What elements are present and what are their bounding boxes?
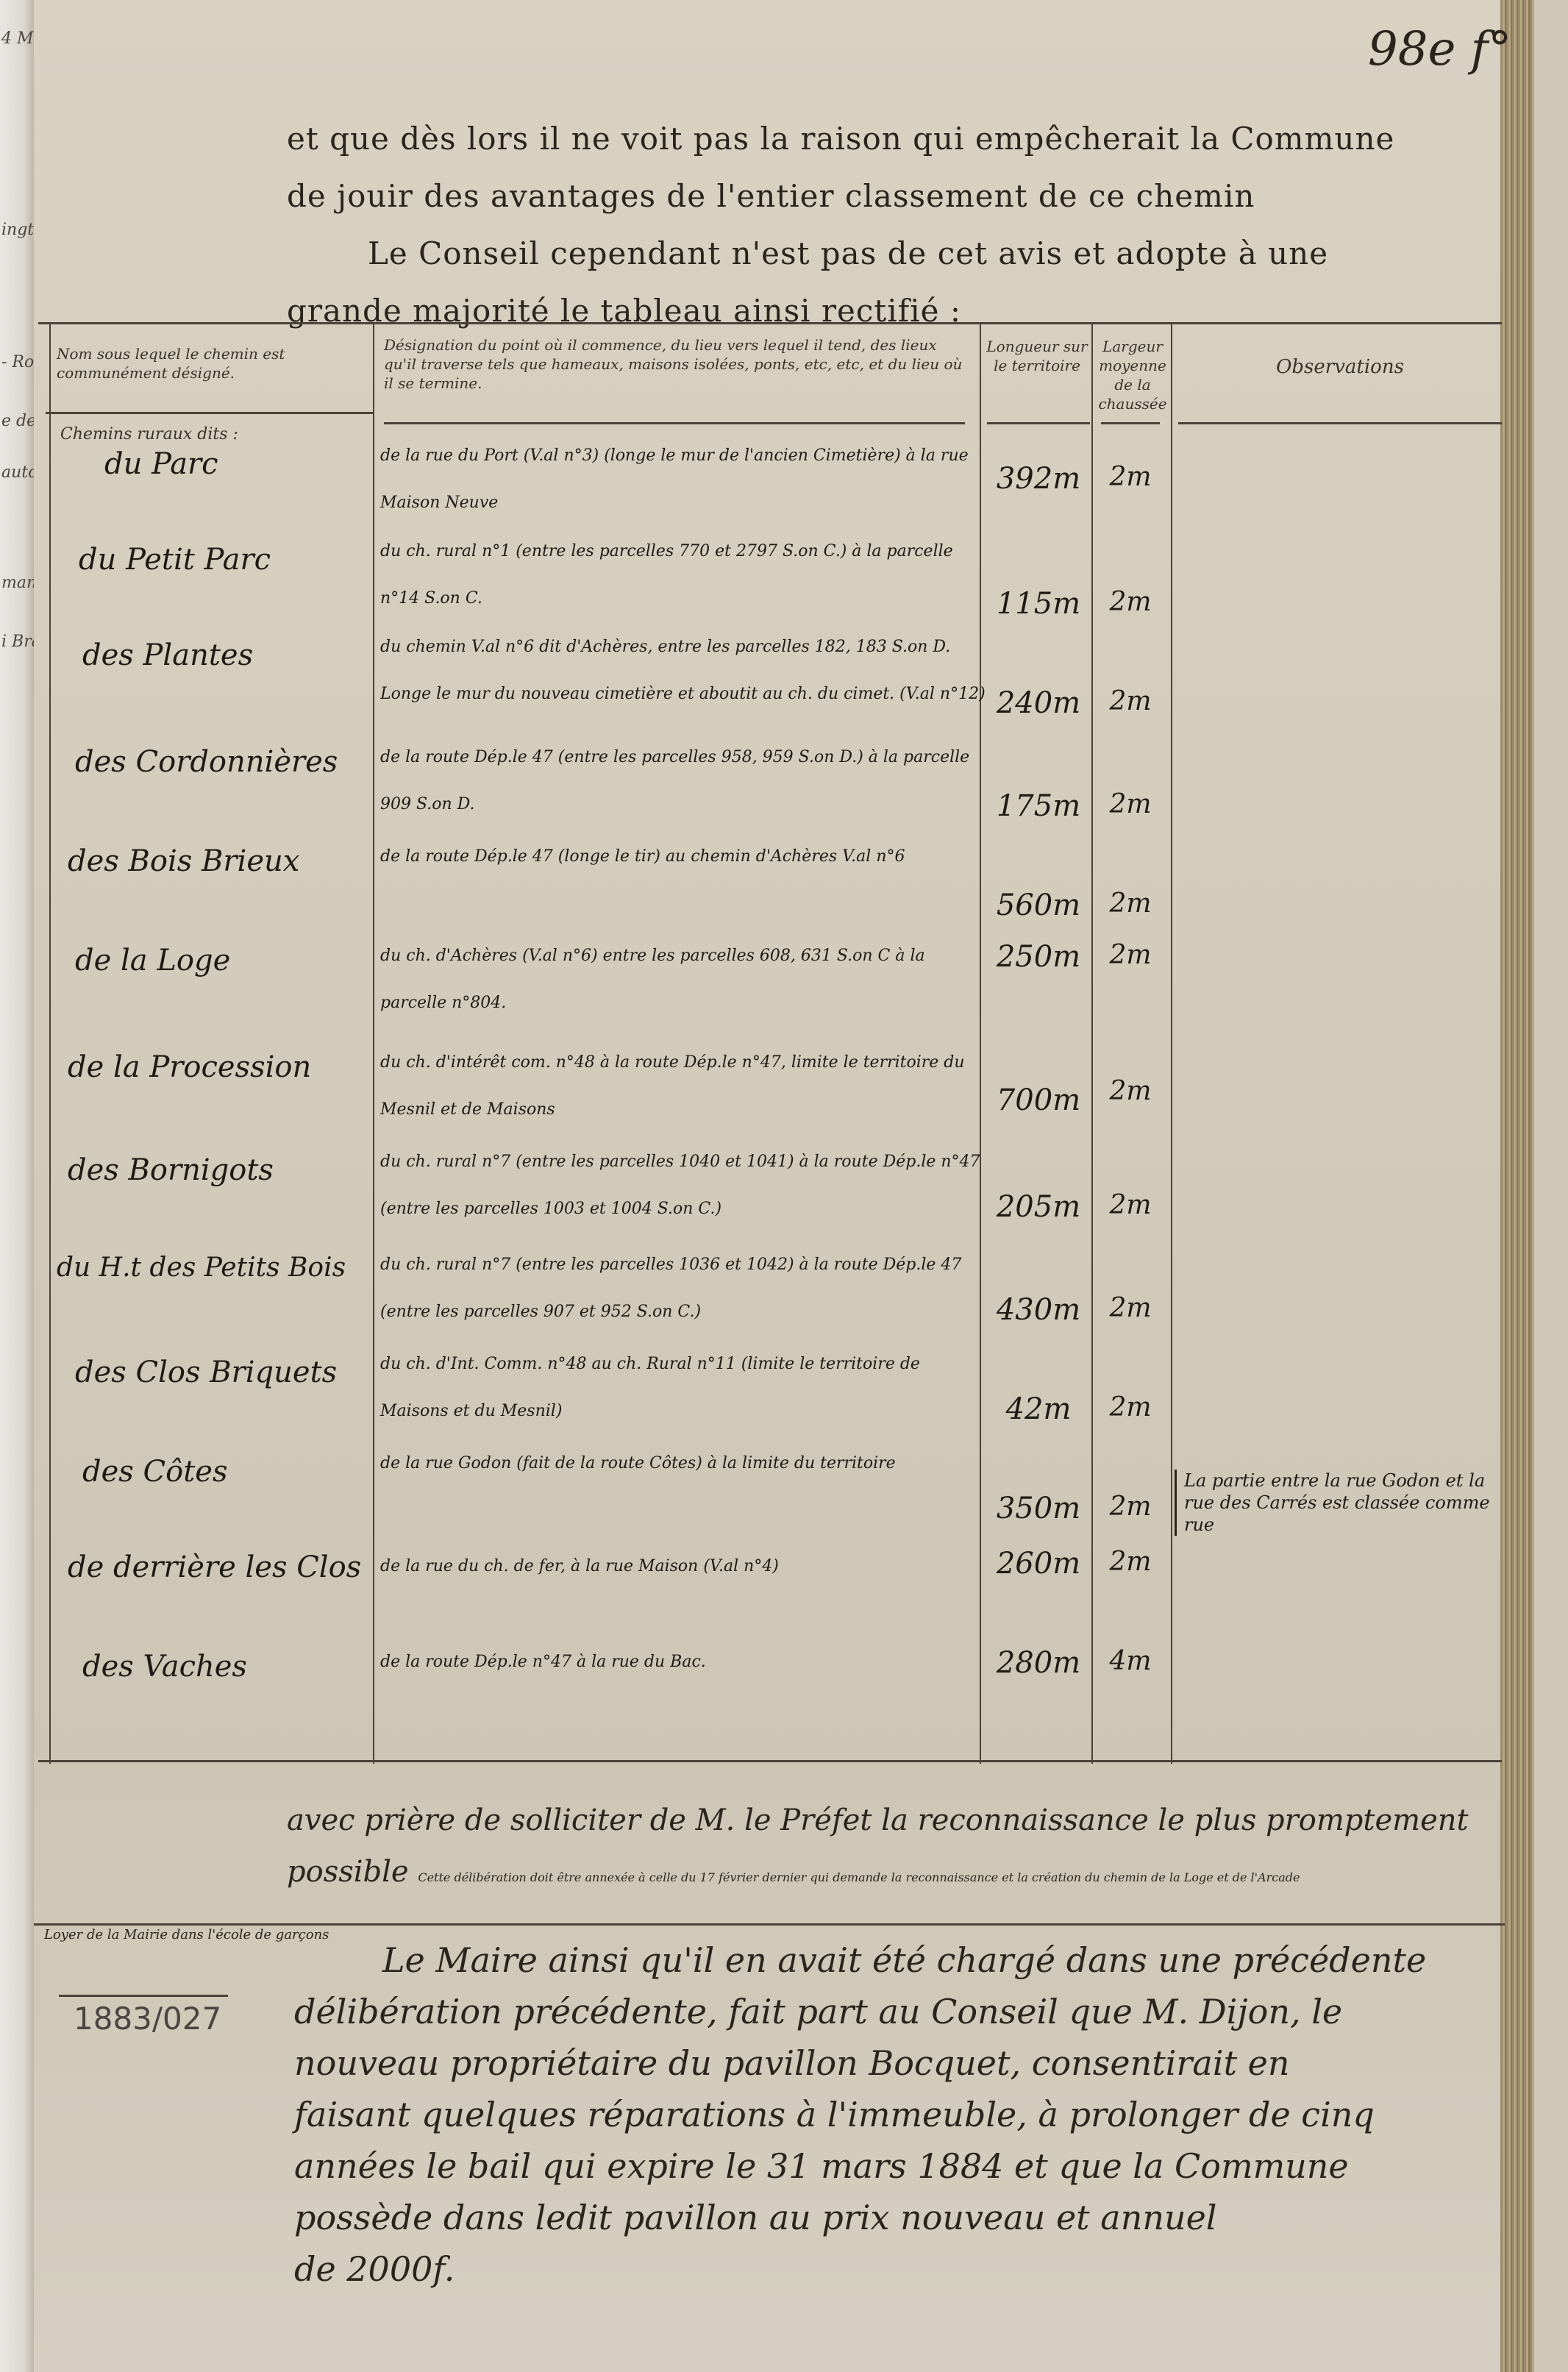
facing-page-mark: auto bbox=[1, 463, 34, 482]
deliberation-line: faisant quelques réparations à l'immeubl… bbox=[294, 2089, 1508, 2140]
road-name: du H.t des Petits Bois bbox=[57, 1253, 346, 1283]
deliberation-line: années le bail qui expire le 31 mars 188… bbox=[294, 2140, 1508, 2192]
intro-line: Le Conseil cependant n'est pas de cet av… bbox=[287, 225, 1493, 282]
road-name: de derrière les Clos bbox=[68, 1550, 361, 1584]
road-length: 280m bbox=[987, 1646, 1090, 1680]
table-bottom-rule bbox=[38, 1760, 1502, 1762]
road-width: 2m bbox=[1090, 1190, 1171, 1220]
road-designation: du ch. rural n°7 (entre les parcelles 10… bbox=[380, 1242, 991, 1336]
road-width: 2m bbox=[1090, 1547, 1171, 1577]
header-rule bbox=[1178, 422, 1502, 424]
section-divider bbox=[34, 1923, 1505, 1926]
table-row: de la Procession du ch. d'intérêt com. n… bbox=[38, 1039, 1502, 1135]
road-name: des Cordonnières bbox=[75, 745, 338, 779]
intro-line: et que dès lors il ne voit pas la raison… bbox=[287, 110, 1493, 168]
closing-line: avec prière de solliciter de M. le Préfe… bbox=[287, 1795, 1500, 1846]
facing-page-mark: i Bra bbox=[1, 633, 34, 651]
road-length: 260m bbox=[987, 1547, 1090, 1581]
header-rule bbox=[1101, 422, 1160, 424]
table-row: du Petit Parc du ch. rural n°1 (entre le… bbox=[38, 528, 1502, 624]
road-designation: de la route Dép.le 47 (longe le tir) au … bbox=[380, 833, 991, 880]
facing-page-edge: 4 Mp ingt - Ro e de auto mame i Bra bbox=[0, 0, 34, 2372]
table-row: des Clos Briquets du ch. d'Int. Comm. n°… bbox=[38, 1341, 1502, 1440]
road-designation: du ch. d'Int. Comm. n°48 au ch. Rural n°… bbox=[380, 1341, 991, 1435]
closing-paragraph: avec prière de solliciter de M. le Préfe… bbox=[287, 1795, 1500, 1903]
road-width: 2m bbox=[1090, 1392, 1171, 1422]
deliberation-line: Le Maire ainsi qu'il en avait été chargé… bbox=[294, 1934, 1508, 1986]
facing-page-mark: - Ro bbox=[1, 353, 34, 371]
table-top-rule bbox=[38, 322, 1502, 324]
closing-line: possible Cette délibération doit être an… bbox=[287, 1846, 1500, 1903]
facing-page-mark: e de bbox=[1, 412, 34, 430]
header-designation: Désignation du point où il commence, du … bbox=[384, 335, 972, 393]
header-rule bbox=[987, 422, 1090, 424]
road-width: 4m bbox=[1090, 1646, 1171, 1676]
deliberation-line: possède dans ledit pavillon au prix nouv… bbox=[294, 2192, 1508, 2243]
table-row: des Bornigots du ch. rural n°7 (entre le… bbox=[38, 1139, 1502, 1242]
road-length: 115m bbox=[987, 587, 1090, 621]
table-row: des Plantes du chemin V.al n°6 dit d'Ach… bbox=[38, 624, 1502, 727]
road-designation: de la rue du Port (V.al n°3) (longe le m… bbox=[380, 432, 991, 527]
deliberation-line: de 2000f. bbox=[294, 2243, 1508, 2295]
road-length: 700m bbox=[987, 1083, 1090, 1117]
road-observation: La partie entre la rue Godon et la rue d… bbox=[1175, 1470, 1493, 1536]
road-name: des Bornigots bbox=[68, 1153, 274, 1187]
table-row: de derrière les Clos de la rue du ch. de… bbox=[38, 1543, 1502, 1631]
table-row: du Parc de la rue du Port (V.al n°3) (lo… bbox=[38, 432, 1502, 521]
road-length: 350m bbox=[987, 1492, 1090, 1525]
table-row: des Côtes de la rue Godon (fait de la ro… bbox=[38, 1440, 1502, 1539]
road-designation: du ch. rural n°1 (entre les parcelles 77… bbox=[380, 528, 991, 622]
deliberation-line: nouveau propriétaire du pavillon Bocquet… bbox=[294, 2037, 1508, 2089]
folio-number: 98e f° bbox=[1368, 22, 1511, 76]
road-designation: du chemin V.al n°6 dit d'Achères, entre … bbox=[380, 624, 991, 718]
road-designation: du ch. rural n°7 (entre les parcelles 10… bbox=[380, 1139, 991, 1233]
header-length: Longueur sur le territoire bbox=[986, 337, 1088, 375]
road-name: des Plantes bbox=[82, 638, 253, 672]
road-length: 42m bbox=[987, 1392, 1090, 1426]
road-width: 2m bbox=[1090, 587, 1171, 617]
header-observations: Observations bbox=[1215, 357, 1465, 377]
table-row: des Bois Brieux de la route Dép.le 47 (l… bbox=[38, 833, 1502, 929]
road-name: du Petit Parc bbox=[79, 543, 271, 577]
margin-rule bbox=[59, 1995, 228, 1997]
roads-table: Nom sous lequel le chemin est communémen… bbox=[38, 322, 1502, 1764]
road-name: de la Loge bbox=[75, 944, 230, 977]
road-name: des Vaches bbox=[82, 1650, 247, 1684]
table-row: de la Loge du ch. d'Achères (V.al n°6) e… bbox=[38, 933, 1502, 1036]
road-designation: du ch. d'intérêt com. n°48 à la route Dé… bbox=[380, 1039, 991, 1133]
road-name: de la Procession bbox=[68, 1050, 311, 1084]
road-name: des Bois Brieux bbox=[68, 844, 299, 878]
road-width: 2m bbox=[1090, 888, 1171, 919]
road-name: des Clos Briquets bbox=[75, 1356, 337, 1389]
road-width: 2m bbox=[1090, 1293, 1171, 1323]
road-width: 2m bbox=[1090, 789, 1171, 819]
road-length: 175m bbox=[987, 789, 1090, 823]
deliberation-line: délibération précédente, fait part au Co… bbox=[294, 1986, 1508, 2037]
road-designation: de la route Dép.le 47 (entre les parcell… bbox=[380, 734, 991, 828]
deliberation-paragraph: Le Maire ainsi qu'il en avait été chargé… bbox=[294, 1934, 1508, 2295]
table-row: du H.t des Petits Bois du ch. rural n°7 … bbox=[38, 1242, 1502, 1337]
road-width: 2m bbox=[1090, 462, 1171, 492]
header-rule bbox=[46, 412, 373, 414]
road-name: du Parc bbox=[104, 447, 218, 481]
road-length: 250m bbox=[987, 940, 1090, 974]
road-width: 2m bbox=[1090, 1492, 1171, 1522]
header-width: Largeur moyenne de la chaussée bbox=[1096, 337, 1169, 413]
road-name: des Côtes bbox=[82, 1455, 227, 1489]
road-length: 560m bbox=[987, 888, 1090, 922]
facing-page-mark: ingt bbox=[1, 221, 34, 239]
header-rule bbox=[384, 422, 965, 424]
road-length: 240m bbox=[987, 686, 1090, 720]
table-row: des Cordonnières de la route Dép.le 47 (… bbox=[38, 734, 1502, 830]
road-width: 2m bbox=[1090, 940, 1171, 970]
intro-line: de jouir des avantages de l'entier class… bbox=[287, 168, 1493, 225]
road-designation: du ch. d'Achères (V.al n°6) entre les pa… bbox=[380, 933, 991, 1027]
road-width: 2m bbox=[1090, 686, 1171, 716]
intro-paragraph: et que dès lors il ne voit pas la raison… bbox=[287, 110, 1493, 340]
closing-word: possible bbox=[287, 1855, 409, 1889]
road-width: 2m bbox=[1090, 1076, 1171, 1106]
facing-page-mark: mame bbox=[1, 574, 34, 592]
facing-page-mark: 4 Mp bbox=[1, 29, 34, 48]
road-designation: de la route Dép.le n°47 à la rue du Bac. bbox=[380, 1639, 991, 1686]
road-length: 205m bbox=[987, 1190, 1090, 1224]
road-length: 430m bbox=[987, 1293, 1090, 1327]
table-row: des Vaches de la route Dép.le n°47 à la … bbox=[38, 1639, 1502, 1734]
road-length: 392m bbox=[987, 462, 1090, 496]
road-designation: de la rue Godon (fait de la route Côtes)… bbox=[380, 1440, 991, 1487]
road-designation: de la rue du ch. de fer, à la rue Maison… bbox=[380, 1543, 991, 1590]
header-name: Nom sous lequel le chemin est communémen… bbox=[57, 344, 366, 382]
closing-annex-note: Cette délibération doit être annexée à c… bbox=[418, 1870, 1300, 1884]
archive-reference: 1883/027 bbox=[74, 2001, 221, 2037]
